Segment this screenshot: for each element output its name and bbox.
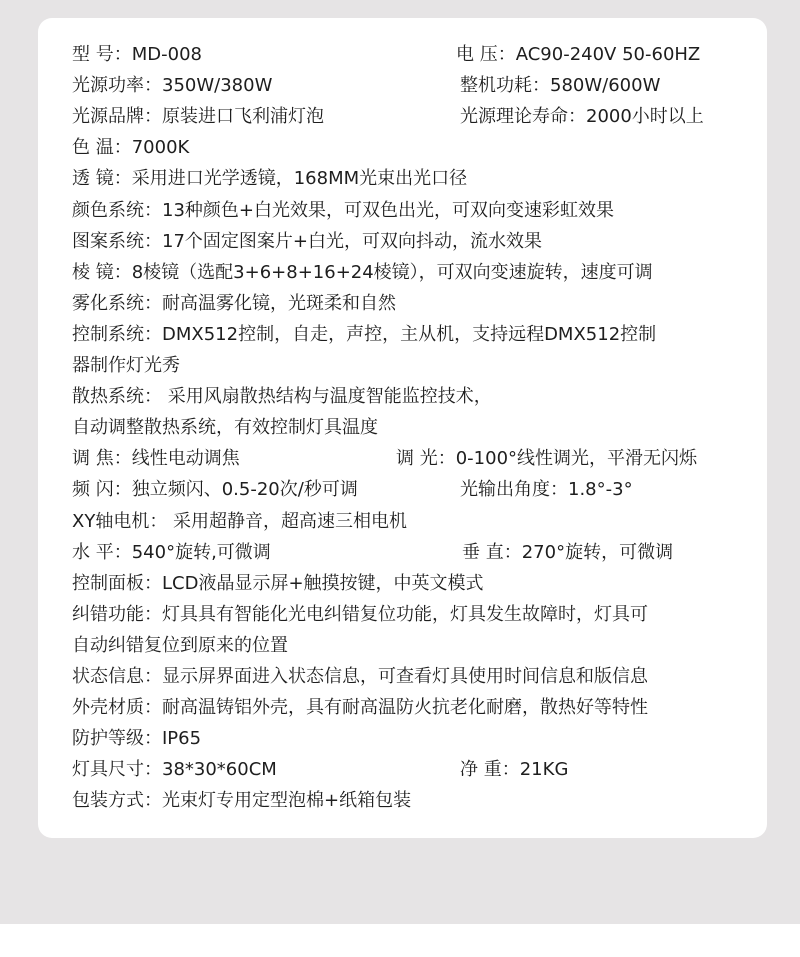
spec-value: IP65 xyxy=(162,728,201,749)
spec-row: 自动调整散热系统，有效控制灯具温度 xyxy=(72,412,378,443)
spec-label: 棱 镜： xyxy=(72,262,132,283)
spec-row: 图案系统：17个固定图案片+白光，可双向抖动，流水效果 xyxy=(72,226,542,257)
spec-label: 垂 直： xyxy=(462,542,522,563)
spec-value: 器制作灯光秀 xyxy=(72,355,180,376)
spec-row: 雾化系统：耐高温雾化镜，光斑柔和自然 xyxy=(72,288,396,319)
spec-value: 自动纠错复位到原来的位置 xyxy=(72,635,288,656)
spec-label: 图案系统： xyxy=(72,231,162,252)
spec-value: 38*30*60CM xyxy=(162,759,277,780)
spec-row: 散热系统： 采用风扇散热结构与温度智能监控技术， xyxy=(72,381,492,412)
spec-value: MD-008 xyxy=(132,44,202,65)
spec-value: 原装进口飞利浦灯泡 xyxy=(162,106,324,127)
spec-row: 控制面板：LCD液晶显示屏+触摸按键，中英文模式 xyxy=(72,568,484,599)
spec-label: 散热系统： xyxy=(72,386,162,407)
spec-row: 颜色系统：13种颜色+白光效果，可双色出光，可双向变速彩虹效果 xyxy=(72,195,614,226)
spec-label: 灯具尺寸： xyxy=(72,759,162,780)
spec-row: 外壳材质：耐高温铸铝外壳，具有耐高温防火抗老化耐磨，散热好等特性 xyxy=(72,692,648,723)
spec-row: 状态信息：显示屏界面进入状态信息，可查看灯具使用时间信息和版信息 xyxy=(72,661,648,692)
spec-value: 采用进口光学透镜，168MM光束出光口径 xyxy=(132,168,467,189)
spec-value: 1.8°-3° xyxy=(568,479,633,500)
spec-value: 线性电动调焦 xyxy=(132,448,240,469)
spec-value: 270°旋转，可微调 xyxy=(522,542,673,563)
spec-row: 频 闪：独立频闪、0.5-20次/秒可调光输出角度：1.8°-3° xyxy=(72,474,358,505)
spec-label: 外壳材质： xyxy=(72,697,162,718)
spec-label: 整机功耗： xyxy=(460,75,550,96)
spec-row: 器制作灯光秀 xyxy=(72,350,180,381)
spec-value: 350W/380W xyxy=(162,75,272,96)
spec-label: 控制面板： xyxy=(72,573,162,594)
spec-value: 8棱镜（选配3+6+8+16+24棱镜），可双向变速旋转，速度可调 xyxy=(132,262,653,283)
spec-label: 包装方式： xyxy=(72,790,162,811)
spec-row: 棱 镜：8棱镜（选配3+6+8+16+24棱镜），可双向变速旋转，速度可调 xyxy=(72,257,653,288)
spec-value: 13种颜色+白光效果，可双色出光，可双向变速彩虹效果 xyxy=(162,200,614,221)
spec-label: 调 焦： xyxy=(72,448,132,469)
spec-label: 色 温： xyxy=(72,137,132,158)
spec-value: 7000K xyxy=(132,137,190,158)
spec-label: 水 平： xyxy=(72,542,132,563)
spec-label: 雾化系统： xyxy=(72,293,162,314)
spec-row: 控制系统：DMX512控制，自走，声控，主从机，支持远程DMX512控制 xyxy=(72,319,656,350)
spec-value: 2000小时以上 xyxy=(586,106,704,127)
spec-label: XY轴电机： xyxy=(72,511,167,532)
spec-second-column: 垂 直：270°旋转，可微调 xyxy=(462,537,673,568)
spec-row: 透 镜：采用进口光学透镜，168MM光束出光口径 xyxy=(72,163,467,194)
spec-label: 控制系统： xyxy=(72,324,162,345)
spec-value: 0-100°线性调光，平滑无闪烁 xyxy=(456,448,697,469)
spec-label: 状态信息： xyxy=(72,666,162,687)
spec-value: DMX512控制，自走，声控，主从机，支持远程DMX512控制 xyxy=(162,324,656,345)
spec-value: AC90-240V 50-60HZ xyxy=(516,44,701,65)
spec-row: 光源品牌：原装进口飞利浦灯泡光源理论寿命：2000小时以上 xyxy=(72,101,324,132)
spec-value: 耐高温雾化镜，光斑柔和自然 xyxy=(162,293,396,314)
spec-value: 采用超静音，超高速三相电机 xyxy=(167,511,407,532)
spec-label: 型 号： xyxy=(72,44,132,65)
spec-second-column: 光源理论寿命：2000小时以上 xyxy=(460,101,704,132)
spec-second-column: 净 重：21KG xyxy=(460,754,568,785)
spec-label: 频 闪： xyxy=(72,479,132,500)
spec-value: 光束灯专用定型泡棉+纸箱包装 xyxy=(162,790,411,811)
spec-value: 自动调整散热系统，有效控制灯具温度 xyxy=(72,417,378,438)
spec-row: 防护等级：IP65 xyxy=(72,723,201,754)
spec-row: 自动纠错复位到原来的位置 xyxy=(72,630,288,661)
spec-value: 580W/600W xyxy=(550,75,660,96)
spec-value: LCD液晶显示屏+触摸按键，中英文模式 xyxy=(162,573,484,594)
spec-row: 纠错功能：灯具具有智能化光电纠错复位功能，灯具发生故障时，灯具可 xyxy=(72,599,648,630)
spec-row: 灯具尺寸：38*30*60CM净 重：21KG xyxy=(72,754,277,785)
spec-label: 光源功率： xyxy=(72,75,162,96)
spec-label: 电 压： xyxy=(456,44,516,65)
spec-label: 光源品牌： xyxy=(72,106,162,127)
spec-value: 灯具具有智能化光电纠错复位功能，灯具发生故障时，灯具可 xyxy=(162,604,648,625)
spec-value: 耐高温铸铝外壳，具有耐高温防火抗老化耐磨，散热好等特性 xyxy=(162,697,648,718)
spec-row: 包装方式：光束灯专用定型泡棉+纸箱包装 xyxy=(72,785,411,816)
spec-value: 21KG xyxy=(520,759,569,780)
spec-label: 纠错功能： xyxy=(72,604,162,625)
spec-row: XY轴电机： 采用超静音，超高速三相电机 xyxy=(72,506,407,537)
spec-value: 显示屏界面进入状态信息，可查看灯具使用时间信息和版信息 xyxy=(162,666,648,687)
spec-row: 色 温：7000K xyxy=(72,132,189,163)
spec-second-column: 电 压：AC90-240V 50-60HZ xyxy=(456,39,700,70)
spec-label: 防护等级： xyxy=(72,728,162,749)
spec-row: 型 号：MD-008电 压：AC90-240V 50-60HZ xyxy=(72,39,202,70)
spec-second-column: 调 光：0-100°线性调光，平滑无闪烁 xyxy=(396,443,697,474)
spec-label: 透 镜： xyxy=(72,168,132,189)
spec-row: 水 平：540°旋转,可微调垂 直：270°旋转，可微调 xyxy=(72,537,271,568)
spec-value: 17个固定图案片+白光，可双向抖动，流水效果 xyxy=(162,231,542,252)
spec-label: 光输出角度： xyxy=(460,479,568,500)
spec-label: 光源理论寿命： xyxy=(460,106,586,127)
spec-row: 调 焦：线性电动调焦调 光：0-100°线性调光，平滑无闪烁 xyxy=(72,443,240,474)
spec-label: 颜色系统： xyxy=(72,200,162,221)
spec-value: 采用风扇散热结构与温度智能监控技术， xyxy=(162,386,492,407)
spec-label: 调 光： xyxy=(396,448,456,469)
spec-value: 独立频闪、0.5-20次/秒可调 xyxy=(132,479,358,500)
spec-label: 净 重： xyxy=(460,759,520,780)
spec-value: 540°旋转,可微调 xyxy=(132,542,271,563)
spec-second-column: 光输出角度：1.8°-3° xyxy=(460,474,633,505)
spec-row: 光源功率：350W/380W整机功耗：580W/600W xyxy=(72,70,272,101)
spec-second-column: 整机功耗：580W/600W xyxy=(460,70,660,101)
